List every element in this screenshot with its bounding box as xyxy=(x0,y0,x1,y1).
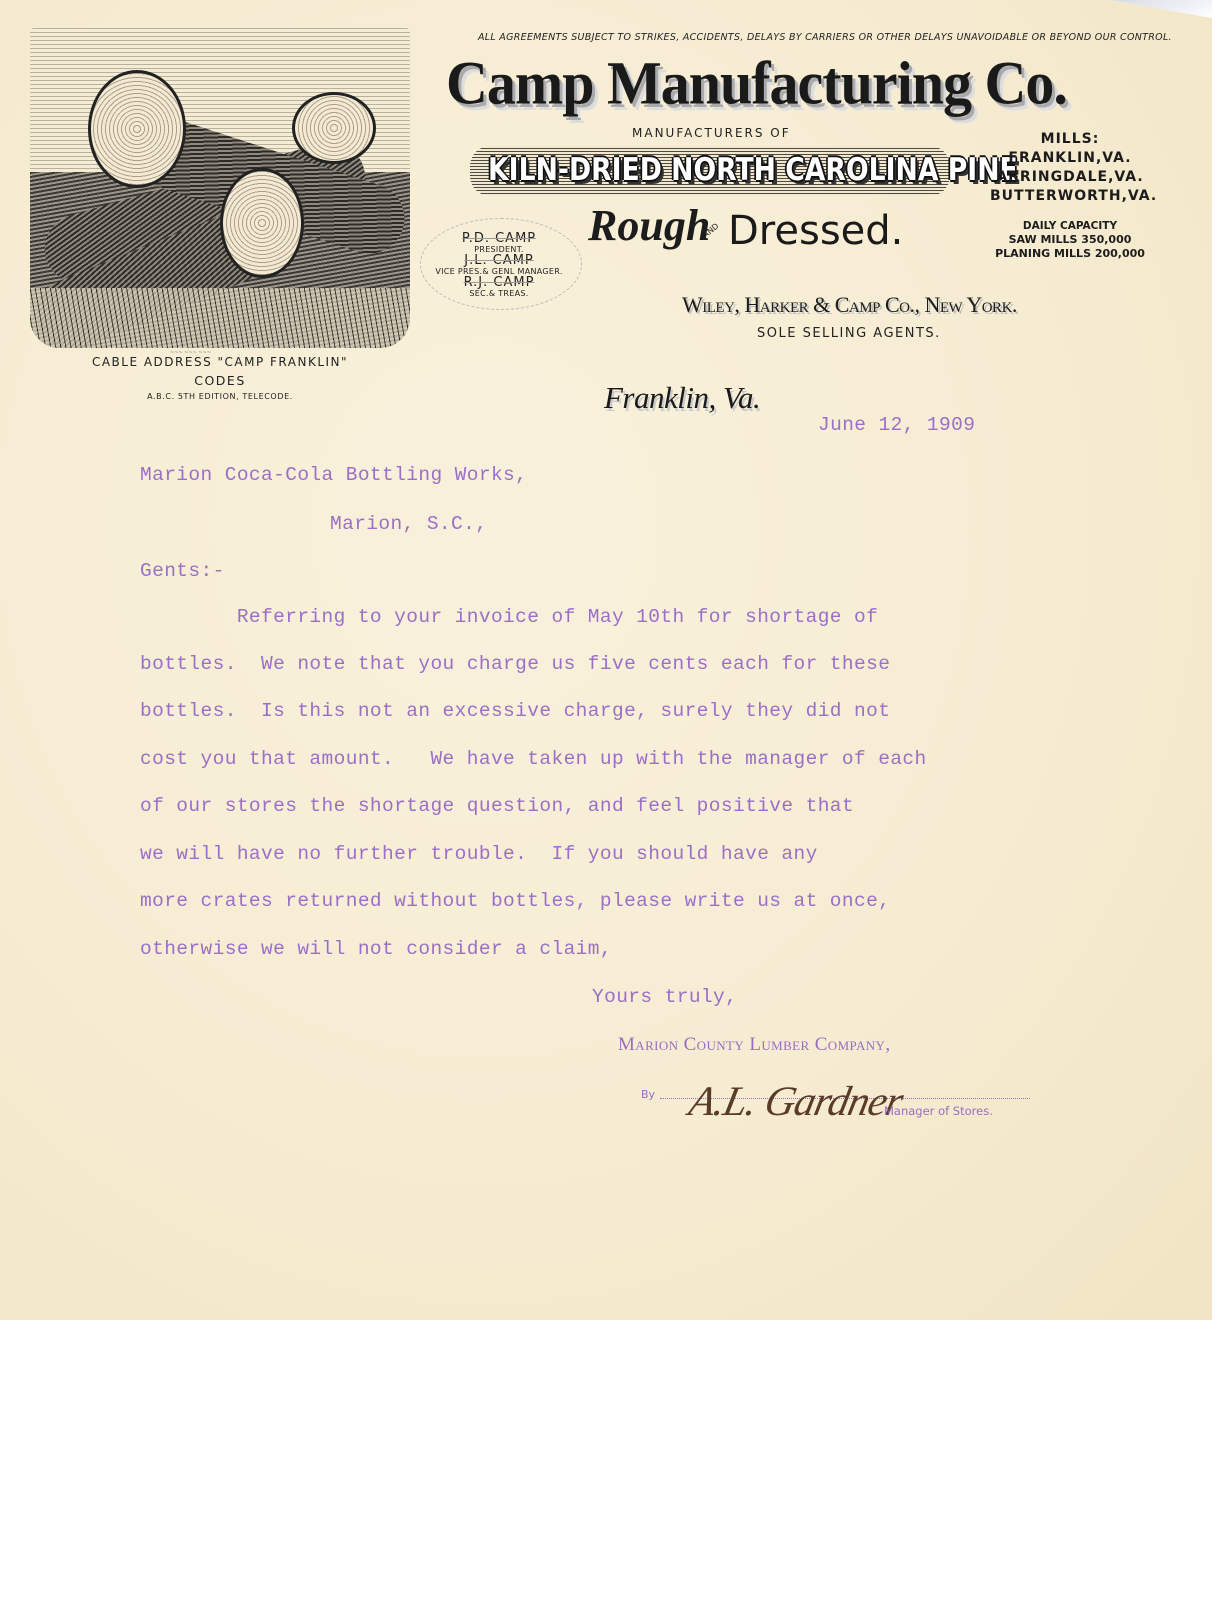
manufacturers-of: MANUFACTURERS OF xyxy=(632,126,791,140)
product-line: KILN-DRIED NORTH CAROLINA PINE xyxy=(488,152,1018,188)
officer-name: P.D. CAMP xyxy=(424,232,574,246)
mill-location: FRANKLIN,VA. xyxy=(990,149,1150,168)
grass-hatching xyxy=(30,288,410,348)
selling-agents: Wiley, Harker & Camp Co., New York. xyxy=(682,292,1017,318)
capacity-value: PLANING MILLS 200,000 xyxy=(990,247,1150,261)
capacity-value: SAW MILLS 350,000 xyxy=(990,233,1150,247)
place-of-origin: Franklin, Va. xyxy=(604,380,760,416)
letter-date: June 12, 1909 xyxy=(818,414,975,436)
closing: Yours truly, xyxy=(592,986,737,1008)
signature: A.L. Gardner xyxy=(685,1078,907,1126)
log-end xyxy=(292,92,376,164)
log-end xyxy=(88,70,186,188)
logs-illustration xyxy=(30,28,410,348)
capacity-heading: DAILY CAPACITY xyxy=(990,220,1150,233)
cable-block: CABLE ADDRESS "CAMP FRANKLIN" CODES A.B.… xyxy=(60,355,380,401)
company-name: Camp Manufacturing Co. xyxy=(446,48,1067,118)
body-line: bottles. Is this not an excessive charge… xyxy=(140,700,890,722)
body-line: more crates returned without bottles, pl… xyxy=(140,890,890,912)
salutation: Gents:- xyxy=(140,560,225,582)
dressed-label: Dressed. xyxy=(728,208,903,254)
recipient-name: Marion Coca-Cola Bottling Works, xyxy=(140,464,527,486)
officers-list: P.D. CAMP PRESIDENT. J.L. CAMP VICE PRES… xyxy=(424,232,574,298)
body-line: we will have no further trouble. If you … xyxy=(140,843,818,865)
signing-firm: Marion County Lumber Company, xyxy=(618,1034,890,1056)
body-line: Referring to your invoice of May 10th fo… xyxy=(140,606,878,628)
mills-heading: MILLS: xyxy=(990,130,1150,149)
officer-name: R.J. CAMP xyxy=(424,276,574,290)
rough-label: Rough xyxy=(588,200,710,251)
log-end xyxy=(220,168,304,278)
officer-name: J.L. CAMP xyxy=(424,254,574,268)
officer-title: SEC.& TREAS. xyxy=(424,290,574,298)
recipient-location: Marion, S.C., xyxy=(330,513,487,535)
signer-title: Manager of Stores. xyxy=(884,1104,993,1118)
body-line: bottles. We note that you charge us five… xyxy=(140,653,890,675)
selling-agents-role: SOLE SELLING AGENTS. xyxy=(757,326,941,341)
mill-location: BUTTERWORTH,VA. xyxy=(990,187,1150,206)
body-line: otherwise we will not consider a claim, xyxy=(140,938,612,960)
body-line: of our stores the shortage question, and… xyxy=(140,795,854,817)
mills-block: MILLS: FRANKLIN,VA. ARRINGDALE,VA. BUTTE… xyxy=(990,130,1150,261)
mill-location: ARRINGDALE,VA. xyxy=(990,168,1150,187)
body-line: cost you that amount. We have taken up w… xyxy=(140,748,927,770)
codes-heading: CODES xyxy=(60,373,380,388)
codes-list: A.B.C. 5TH EDITION, TELECODE. xyxy=(60,392,380,401)
disclaimer: ALL AGREEMENTS SUBJECT TO STRIKES, ACCID… xyxy=(478,32,1172,43)
by-label: By xyxy=(641,1088,655,1101)
cable-address: CABLE ADDRESS "CAMP FRANKLIN" xyxy=(60,355,380,369)
